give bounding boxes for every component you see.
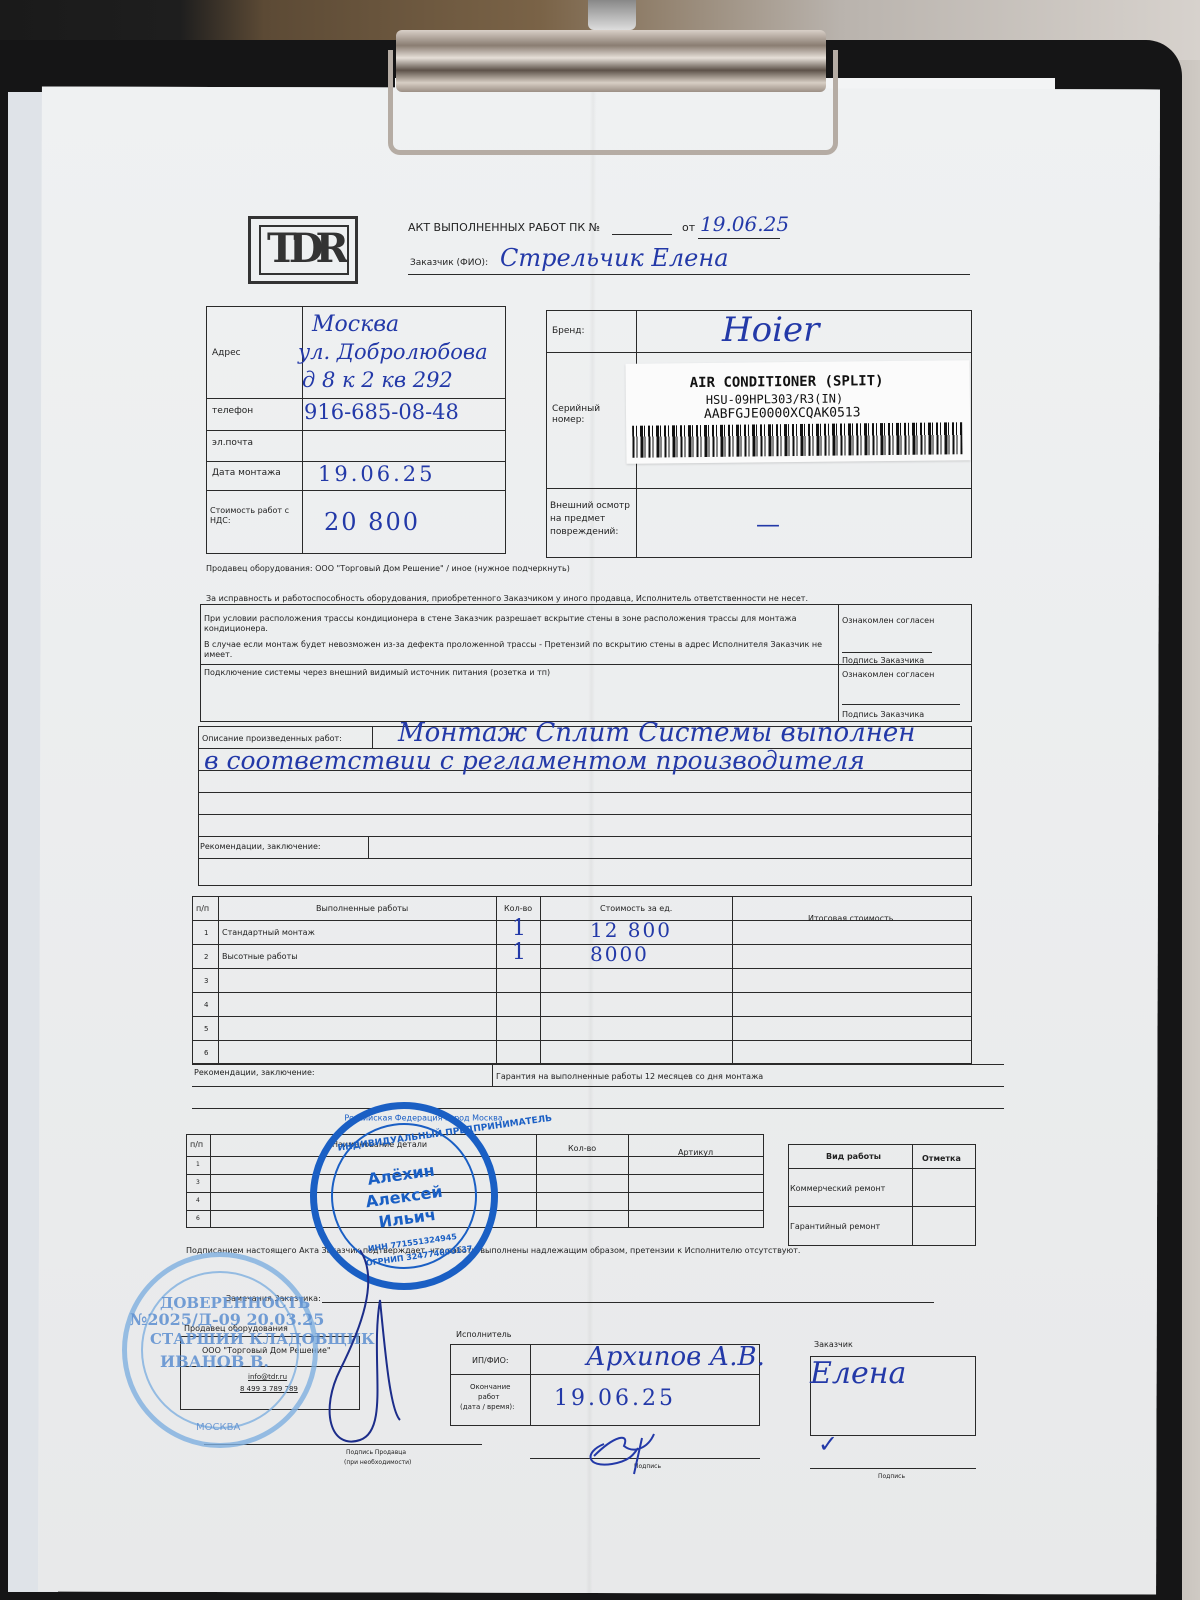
inspection-label: Внешний осмотр на предмет повреждений:: [550, 500, 640, 539]
divider: [218, 896, 219, 1064]
address-street: ул. Добролюбова: [298, 340, 488, 364]
divider: [206, 430, 506, 431]
divider: [536, 1134, 537, 1228]
divider: [206, 398, 506, 399]
work-type-commercial: Коммерческий ремонт: [790, 1184, 885, 1194]
customer-name: Стрельчик Елена: [500, 244, 729, 272]
recommend-label: Рекомендации, заключение:: [200, 842, 321, 852]
address-label: Адрес: [212, 348, 241, 359]
divider: [838, 604, 839, 722]
warranty-text: Гарантия на выполненные работы 12 месяце…: [496, 1072, 763, 1082]
divider: [206, 490, 506, 491]
work-type-col-mark: Отметка: [922, 1154, 961, 1164]
works-row-num: 4: [204, 1000, 208, 1010]
cost-label: Стоимость работ с НДС:: [210, 506, 296, 526]
customer-sign-title: Заказчик: [814, 1340, 853, 1350]
sticker-serial: AABFGJE0000XCQAK0513: [704, 405, 861, 422]
divider: [198, 858, 972, 859]
act-title: АКТ ВЫПОЛНЕННЫХ РАБОТ ПК №: [408, 222, 600, 233]
seller-stamp-city: МОСКВА: [196, 1422, 240, 1433]
description-line-2: в соответствии с регламентом производите…: [204, 746, 865, 775]
liability-note: За исправность и работоспособность обору…: [206, 594, 808, 604]
divider: [192, 1086, 1004, 1087]
barcode-icon: [632, 422, 962, 457]
consent-1-sign-line[interactable]: [842, 652, 932, 653]
works-row-num: 3: [204, 976, 208, 986]
works-row-name: Высотные работы: [222, 952, 298, 962]
works-row-qty: 1: [512, 916, 526, 941]
works-row-num: 6: [204, 1048, 208, 1058]
works-row-num: 5: [204, 1024, 208, 1034]
brand-value: Hoier: [722, 310, 819, 350]
warranty-mark-cell[interactable]: [914, 1208, 974, 1244]
executor-name-value: Архипов А.В.: [586, 1342, 765, 1372]
divider: [192, 1064, 1004, 1065]
seller-stamp: [122, 1252, 318, 1448]
inspection-value: —: [756, 510, 780, 538]
seller-note: Продавец оборудования: ООО "Торговый Дом…: [206, 564, 570, 574]
divider: [198, 814, 972, 815]
works-col-name: Выполненные работы: [316, 904, 408, 914]
act-date: 19.06.25: [700, 212, 789, 236]
logo-text: TDR: [267, 225, 341, 272]
divider: [210, 1134, 211, 1228]
executor-end-label: работ: [478, 1392, 499, 1402]
work-type-col-type: Вид работы: [826, 1152, 881, 1162]
divider: [788, 1168, 976, 1169]
divider: [192, 968, 972, 969]
parts-row-num: 6: [196, 1214, 200, 1224]
divider: [732, 896, 733, 1064]
divider: [192, 944, 972, 945]
parts-row-num: 3: [196, 1178, 200, 1188]
serial-sticker: AIR CONDITIONER (SPLIT) HSU-09HPL303/R3(…: [625, 360, 970, 464]
parts-row-num: 4: [196, 1196, 200, 1206]
consent-1-line-2: кондиционера.: [204, 624, 268, 634]
sticker-product: AIR CONDITIONER (SPLIT): [690, 373, 884, 391]
date-prefix: от: [682, 222, 695, 233]
divider: [198, 836, 972, 837]
works-row-name: Стандартный монтаж: [222, 928, 315, 938]
company-logo: TDR: [248, 216, 358, 284]
divider: [192, 1040, 972, 1041]
phone-label: телефон: [212, 406, 253, 417]
works-recommend-label: Рекомендации, заключение:: [194, 1068, 315, 1078]
consent-1-sign-label: Подпись Заказчика: [842, 656, 924, 666]
consent-1-line-1: При условии расположения трассы кондицио…: [204, 614, 796, 624]
executor-signature-icon: [574, 1424, 664, 1476]
works-row-num: 2: [204, 952, 208, 962]
date-underline: [698, 238, 780, 239]
divider: [492, 1064, 493, 1086]
divider: [788, 1206, 976, 1207]
parts-col-article: Артикул: [678, 1148, 713, 1158]
divider: [192, 1016, 972, 1017]
install-date-value: 19.06.25: [318, 462, 436, 486]
cost-value: 20 800: [324, 508, 420, 536]
divider: [628, 1134, 629, 1228]
works-row-price: 12 800: [590, 918, 672, 942]
stamp-top-arc: Российская Федерация город Москва: [344, 1114, 502, 1123]
seller-stamp-line-2: №2025/Д-09 20.03.25: [130, 1310, 324, 1329]
description-line-1: Монтаж Сплит Системы выполнен: [398, 718, 915, 748]
work-type-warranty: Гарантийный ремонт: [790, 1222, 880, 1232]
works-col-qty: Кол-во: [504, 904, 532, 914]
works-row-price: 8000: [590, 942, 649, 966]
customer-signature-icon: [300, 1240, 420, 1460]
consent-1-agree: Ознакомлен согласен: [842, 616, 934, 626]
checkmark-icon: ✓: [818, 1430, 838, 1458]
executor-end-value: 19.06.25: [554, 1386, 676, 1411]
seller-stamp-line-4: ИВАНОВ В.: [160, 1352, 269, 1371]
divider: [372, 726, 373, 748]
divider: [496, 896, 497, 1064]
executor-title: Исполнитель: [456, 1330, 511, 1340]
executor-end-label: (дата / время):: [460, 1402, 515, 1412]
works-row-num: 1: [204, 928, 208, 938]
customer-sign-value: Елена: [810, 1356, 906, 1391]
phone-value: 916-685-08-48: [304, 400, 459, 424]
install-date-label: Дата монтажа: [212, 468, 281, 479]
consent-2-text: Подключение системы через внешний видимы…: [204, 668, 550, 678]
act-number-field[interactable]: [612, 234, 672, 235]
customer-underline: [408, 274, 970, 275]
divider: [450, 1374, 760, 1375]
divider: [368, 836, 369, 858]
consent-2-agree: Ознакомлен согласен: [842, 670, 934, 680]
executor-end-label: Окончание: [470, 1382, 510, 1392]
description-label: Описание произведенных работ:: [202, 734, 342, 744]
divider: [192, 1108, 1004, 1109]
works-col-price: Стоимость за ед.: [600, 904, 672, 914]
divider: [198, 792, 972, 793]
commercial-mark-cell[interactable]: [914, 1170, 974, 1204]
brand-label: Бренд:: [552, 326, 585, 337]
work-completion-act: TDR АКТ ВЫПОЛНЕННЫХ РАБОТ ПК № от 19.06.…: [0, 0, 1200, 1600]
consent-1-line-3: В случае если монтаж будет невозможен из…: [204, 640, 822, 650]
parts-row-num: 1: [196, 1160, 200, 1170]
executor-name-label: ИП/ФИО:: [472, 1356, 509, 1366]
consent-2-sign-line[interactable]: [842, 704, 960, 705]
parts-col-qty: Кол-во: [568, 1144, 596, 1154]
works-col-total: Итоговая стоимость: [808, 914, 893, 924]
address-city: Москва: [312, 312, 399, 337]
customer-label: Заказчик (ФИО):: [410, 258, 488, 269]
email-label: эл.почта: [212, 438, 253, 449]
works-col-num: п/п: [196, 904, 209, 914]
divider: [192, 992, 972, 993]
serial-label: Серийный номер:: [552, 404, 622, 426]
customer-sign-label: Подпись: [878, 1472, 905, 1482]
customer-sign-line[interactable]: [810, 1468, 976, 1469]
consent-1-line-4: имеет.: [204, 650, 232, 660]
divider: [546, 488, 972, 489]
divider: [546, 352, 972, 353]
divider: [530, 1344, 531, 1426]
divider: [912, 1144, 913, 1246]
confirmation-text: Подписанием настоящего Акта Заказчик под…: [186, 1246, 800, 1256]
divider: [540, 896, 541, 1064]
address-house: д 8 к 2 кв 292: [302, 368, 453, 392]
parts-col-num: п/п: [190, 1140, 203, 1150]
works-row-qty: 1: [512, 940, 526, 965]
sticker-model: HSU-09HPL303/R3(IN): [706, 392, 843, 407]
